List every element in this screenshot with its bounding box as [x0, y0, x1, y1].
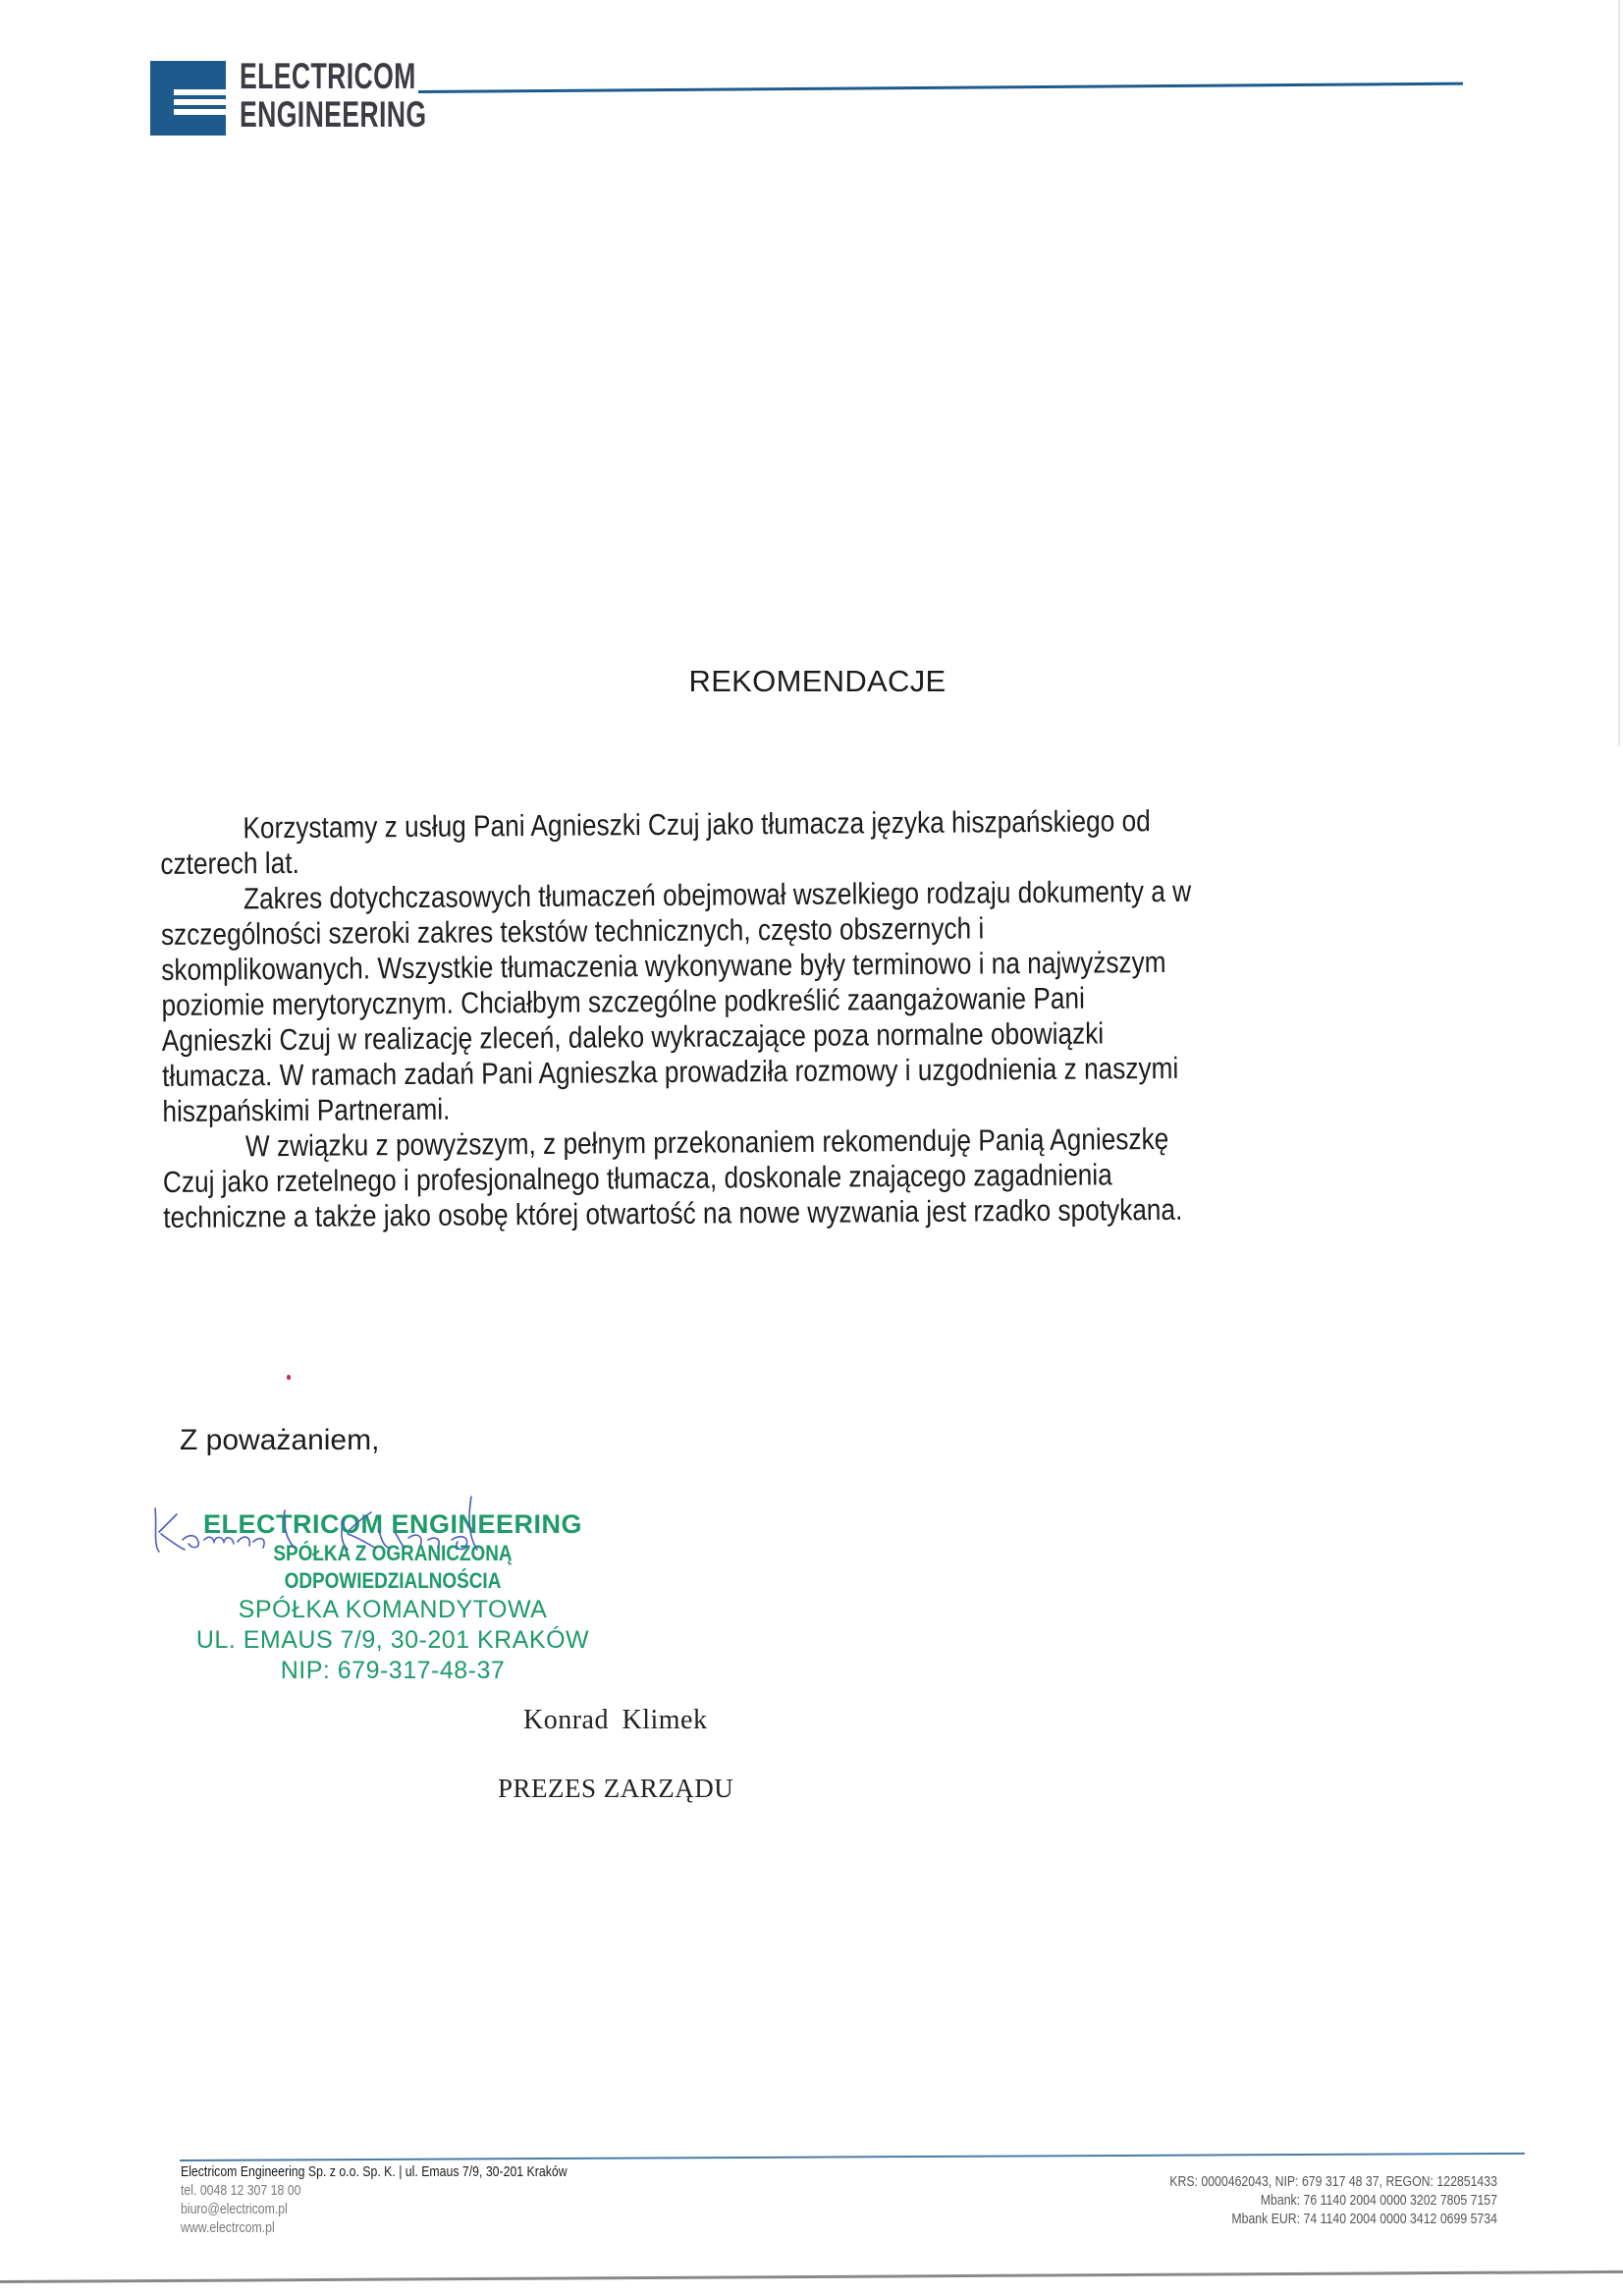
- footer-email: biuro@electricom.pl: [181, 2200, 568, 2218]
- stamp-legal-form: SPÓŁKA Z OGRANICZONĄ ODPOWIEDZIALNOŚCIA: [198, 1540, 587, 1595]
- document-title: REKOMENDACJE: [0, 664, 1623, 699]
- body-line: techniczne a także jako osobę której otw…: [163, 1191, 1295, 1235]
- footer-registry-numbers: KRS: 0000462043, NIP: 679 317 48 37, REG…: [1169, 2172, 1497, 2191]
- stamp-partnership: SPÓŁKA KOMANDYTOWA: [167, 1595, 619, 1625]
- footer-registry: KRS: 0000462043, NIP: 679 317 48 37, REG…: [1098, 2172, 1497, 2228]
- company-logo-text: ELECTRICOM ENGINEERING: [240, 57, 426, 134]
- closing-salutation: Z poważaniem,: [180, 1424, 379, 1457]
- letter-body: Korzystamy z usług Pani Agnieszki Czuj j…: [160, 800, 1479, 1235]
- ink-speck: [287, 1375, 291, 1380]
- footer-divider: [180, 2153, 1525, 2161]
- footer-contact: Electricom Engineering Sp. z o.o. Sp. K.…: [181, 2162, 652, 2237]
- stamp-address: UL. EMAUS 7/9, 30-201 KRAKÓW: [167, 1625, 619, 1656]
- signer-name: Konrad Klimek: [523, 1705, 707, 1736]
- scan-edge-shadow: [1618, 0, 1620, 746]
- e-bars-logo-icon: [150, 61, 226, 136]
- stamp-nip: NIP: 679-317-48-37: [167, 1656, 619, 1686]
- logo-line-1: ELECTRICOM: [240, 57, 426, 95]
- footer-website: www.electrcom.pl: [181, 2218, 568, 2237]
- stamp-company: ELECTRICOM ENGINEERING: [167, 1508, 619, 1540]
- logo-line-2: ENGINEERING: [240, 95, 426, 134]
- footer-bank-eur: Mbank EUR: 74 1140 2004 0000 3412 0699 5…: [1169, 2210, 1497, 2228]
- signer-role: PREZES ZARZĄDU: [498, 1774, 733, 1804]
- footer-phone: tel. 0048 12 307 18 00: [181, 2181, 568, 2200]
- scan-bottom-edge: [0, 2270, 1623, 2283]
- company-stamp: ELECTRICOM ENGINEERING SPÓŁKA Z OGRANICZ…: [167, 1508, 619, 1686]
- footer-bank-pln: Mbank: 76 1140 2004 0000 3202 7805 7157: [1169, 2191, 1497, 2210]
- header-divider: [418, 82, 1463, 93]
- footer-company-address: Electricom Engineering Sp. z o.o. Sp. K.…: [181, 2162, 568, 2181]
